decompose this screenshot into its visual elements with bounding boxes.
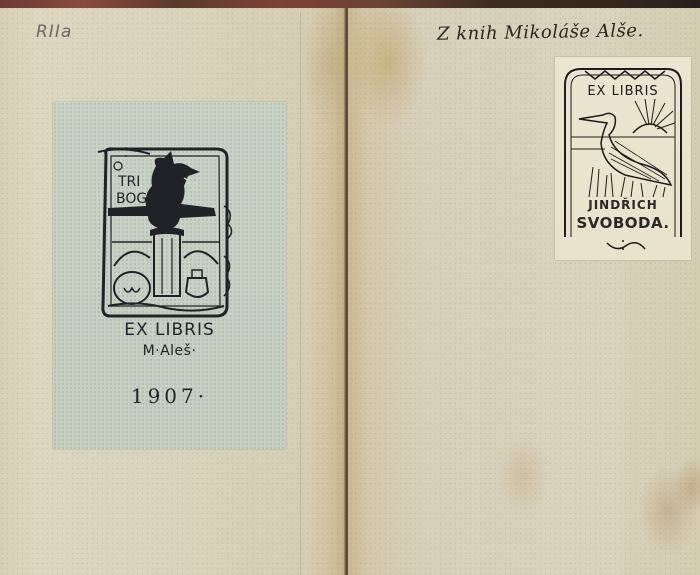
book-spread: RIIa TRI BOG — [0, 0, 700, 575]
page-fold-line — [300, 12, 301, 575]
svg-text:BOG: BOG — [116, 191, 147, 207]
bookplate-ales: TRI BOG — [53, 102, 286, 449]
svg-text:TRI: TRI — [117, 174, 140, 190]
ex-libris-label: EX LIBRIS — [555, 84, 691, 99]
shelf-mark: RIIa — [36, 22, 72, 42]
bookplate-owner-first-name: JINDŘICH — [555, 198, 691, 212]
book-binding-edge-top — [0, 0, 700, 8]
devil-illustration-icon: TRI BOG — [96, 146, 236, 321]
ex-libris-label: EX LIBRIS — [53, 320, 286, 340]
bookplate-owner-surname: SVOBODA. — [555, 214, 691, 232]
bookplate-year: 1907· — [53, 384, 286, 408]
handwritten-inscription: Z knih Mikoláše Alše. — [437, 20, 644, 45]
flourish-icon — [96, 146, 152, 158]
bookplate-svoboda: EX LIBRIS JINDŘICH SVOBODA. — [555, 57, 691, 260]
bookplate-owner: M·Aleš· — [53, 343, 286, 359]
left-endpaper: RIIa TRI BOG — [0, 6, 348, 575]
